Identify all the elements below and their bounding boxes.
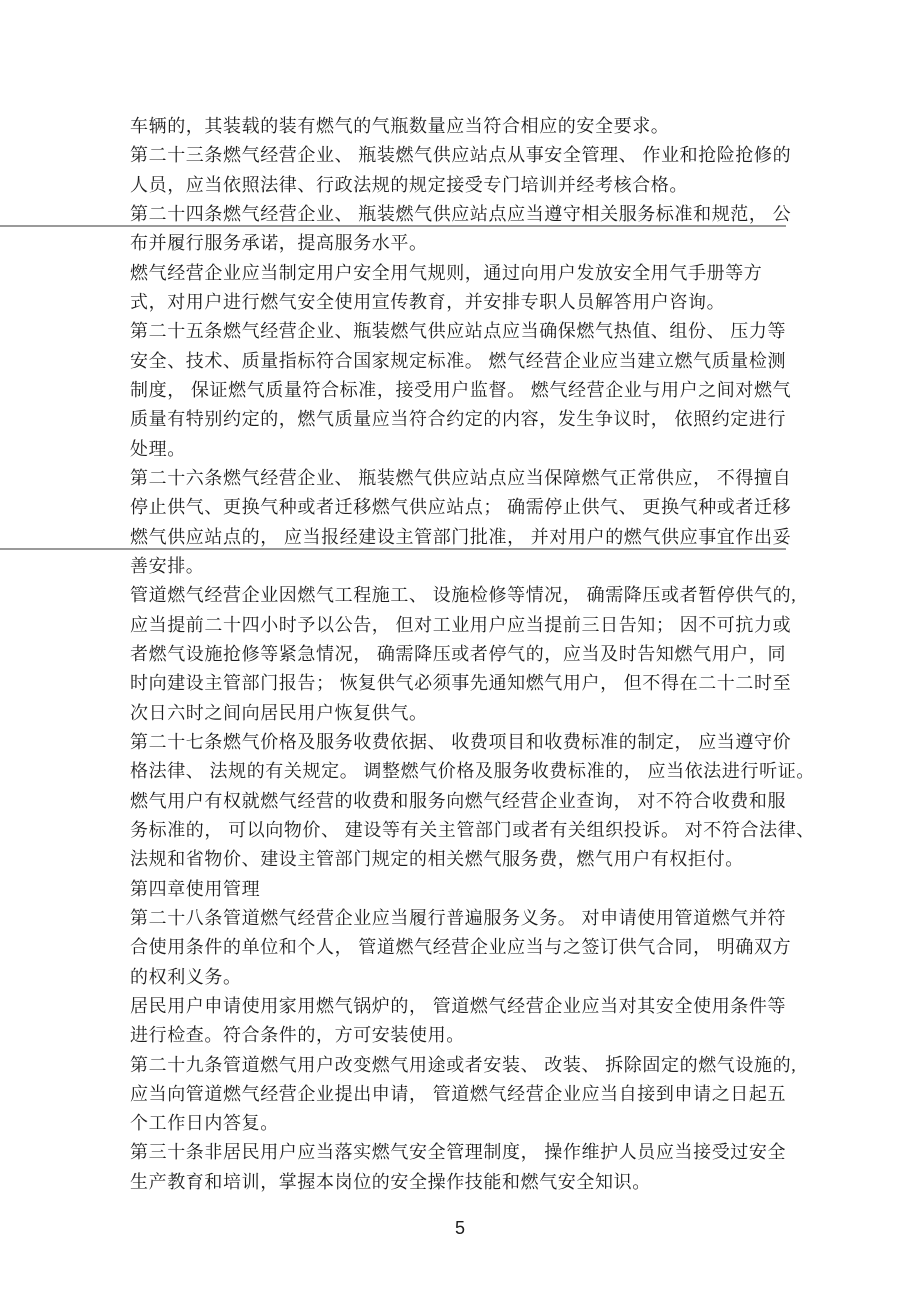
document-line: 第四章使用管理 [130, 875, 810, 904]
document-line: 质量有特别约定的，燃气质量应当符合约定的内容，发生争议时， 依照约定进行 [130, 405, 810, 434]
document-line: 第二十六条燃气经营企业、 瓶装燃气供应站点应当保障燃气正常供应， 不得擅自 [130, 464, 810, 493]
document-line: 进行检查。符合条件的，方可安装使用。 [130, 1021, 810, 1050]
document-line: 式，对用户进行燃气安全使用宣传教育，并安排专职人员解答用户咨询。 [130, 288, 810, 317]
document-line: 第二十三条燃气经营企业、 瓶装燃气供应站点从事安全管理、 作业和抢险抢修的 [130, 141, 810, 170]
page-number: 5 [0, 1218, 920, 1239]
document-line: 善安排。 [130, 552, 810, 581]
document-line: 第二十五条燃气经营企业、瓶装燃气供应站点应当确保燃气热值、组份、 压力等 [130, 317, 810, 346]
document-line: 合使用条件的单位和个人， 管道燃气经营企业应当与之签订供气合同， 明确双方 [130, 933, 810, 962]
document-line: 次日六时之间向居民用户恢复供气。 [130, 699, 810, 728]
document-line: 人员，应当依照法律、行政法规的规定接受专门培训并经考核合格。 [130, 171, 810, 200]
document-line: 生产教育和培训，掌握本岗位的安全操作技能和燃气安全知识。 [130, 1168, 810, 1197]
document-line: 第二十七条燃气价格及服务收费依据、 收费项目和收费标准的制定， 应当遵守价 [130, 728, 810, 757]
document-line: 布并履行服务承诺，提高服务水平。 [130, 229, 810, 258]
text-lines: 车辆的，其装载的装有燃气的气瓶数量应当符合相应的安全要求。第二十三条燃气经营企业… [130, 112, 810, 1197]
document-line: 制度， 保证燃气质量符合标准，接受用户监督。 燃气经营企业与用户之间对燃气 [130, 376, 810, 405]
document-line: 个工作日内答复。 [130, 1109, 810, 1138]
document-line: 应当提前二十四小时予以公告， 但对工业用户应当提前三日告知； 因不可抗力或 [130, 611, 810, 640]
document-line: 者燃气设施抢修等紧急情况， 确需降压或者停气的，应当及时告知燃气用户，同 [130, 640, 810, 669]
document-line: 法规和省物价、建设主管部门规定的相关燃气服务费，燃气用户有权拒付。 [130, 845, 810, 874]
document-page: 车辆的，其装载的装有燃气的气瓶数量应当符合相应的安全要求。第二十三条燃气经营企业… [0, 0, 920, 1303]
document-line: 务标准的， 可以向物价、 建设等有关主管部门或者有关组织投诉。 对不符合法律、 [130, 816, 810, 845]
document-line: 时向建设主管部门报告； 恢复供气必须事先通知燃气用户， 但不得在二十二时至 [130, 669, 810, 698]
document-line: 的权利义务。 [130, 963, 810, 992]
document-line: 处理。 [130, 435, 810, 464]
document-line: 管道燃气经营企业因燃气工程施工、 设施检修等情况， 确需降压或者暂停供气的, [130, 581, 810, 610]
document-line: 格法律、 法规的有关规定。 调整燃气价格及服务收费标准的， 应当依法进行听证。 [130, 757, 810, 786]
document-line: 燃气经营企业应当制定用户安全用气规则，通过向用户发放安全用气手册等方 [130, 259, 810, 288]
document-line: 居民用户申请使用家用燃气锅炉的， 管道燃气经营企业应当对其安全使用条件等 [130, 992, 810, 1021]
document-line: 应当向管道燃气经营企业提出申请， 管道燃气经营企业应当自接到申请之日起五 [130, 1080, 810, 1109]
document-line: 第三十条非居民用户应当落实燃气安全管理制度， 操作维护人员应当接受过安全 [130, 1138, 810, 1167]
document-line: 第二十九条管道燃气用户改变燃气用途或者安装、 改装、 拆除固定的燃气设施的, [130, 1051, 810, 1080]
document-line: 车辆的，其装载的装有燃气的气瓶数量应当符合相应的安全要求。 [130, 112, 810, 141]
document-line: 安全、技术、质量指标符合国家规定标准。 燃气经营企业应当建立燃气质量检测 [130, 347, 810, 376]
document-line: 停止供气、更换气种或者迁移燃气供应站点； 确需停止供气、 更换气种或者迁移 [130, 493, 810, 522]
document-line: 第二十八条管道燃气经营企业应当履行普遍服务义务。 对申请使用管道燃气并符 [130, 904, 810, 933]
document-line: 燃气用户有权就燃气经营的收费和服务向燃气经营企业查询， 对不符合收费和服 [130, 787, 810, 816]
